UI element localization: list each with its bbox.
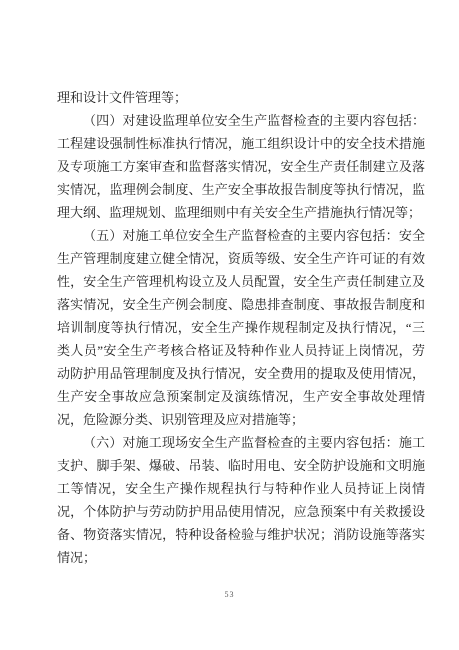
- text-line: 动防护用品管理制度及执行情况，安全费用的提取及使用情况，: [57, 362, 425, 385]
- text-line: 情况；: [57, 546, 425, 569]
- text-line: 生产管理制度建立健全情况，资质等级、安全生产许可证的有效: [57, 247, 425, 270]
- text-line: 况，个体防护与劳动防护用品使用情况，应急预案中有关救援设: [57, 500, 425, 523]
- document-body: 理和设计文件管理等；（四）对建设监理单位安全生产监督检查的主要内容包括：工程建设…: [57, 86, 425, 569]
- text-line: 支护、脚手架、爆破、吊装、临时用电、安全防护设施和文明施: [57, 454, 425, 477]
- text-line: 落实情况，安全生产例会制度、隐患排查制度、事故报告制度和: [57, 293, 425, 316]
- page-number: 53: [0, 590, 459, 599]
- text-line: 类人员”安全生产考核合格证及特种作业人员持证上岗情况，劳: [57, 339, 425, 362]
- text-line: （五）对施工单位安全生产监督检查的主要内容包括：安全: [57, 224, 425, 247]
- text-line: 备、物资落实情况，特种设备检验与维护状况；消防设施等落实: [57, 523, 425, 546]
- text-line: 工等情况，安全生产操作规程执行与特种作业人员持证上岗情: [57, 477, 425, 500]
- text-line: （六）对施工现场安全生产监督检查的主要内容包括：施工: [57, 431, 425, 454]
- text-line: 培训制度等执行情况，安全生产操作规程制定及执行情况，“三: [57, 316, 425, 339]
- text-line: 性，安全生产管理机构设立及人员配置，安全生产责任制建立及: [57, 270, 425, 293]
- text-line: 工程建设强制性标准执行情况，施工组织设计中的安全技术措施: [57, 132, 425, 155]
- text-line: 况，危险源分类、识别管理及应对措施等；: [57, 408, 425, 431]
- document-page: 理和设计文件管理等；（四）对建设监理单位安全生产监督检查的主要内容包括：工程建设…: [0, 0, 459, 650]
- text-line: 生产安全事故应急预案制定及演练情况，生产安全事故处理情: [57, 385, 425, 408]
- text-line: 理大纲、监理规划、监理细则中有关安全生产措施执行情况等；: [57, 201, 425, 224]
- text-line: 及专项施工方案审查和监督落实情况，安全生产责任制建立及落: [57, 155, 425, 178]
- text-line: （四）对建设监理单位安全生产监督检查的主要内容包括：: [57, 109, 425, 132]
- text-line: 理和设计文件管理等；: [57, 86, 425, 109]
- text-line: 实情况，监理例会制度、生产安全事故报告制度等执行情况，监: [57, 178, 425, 201]
